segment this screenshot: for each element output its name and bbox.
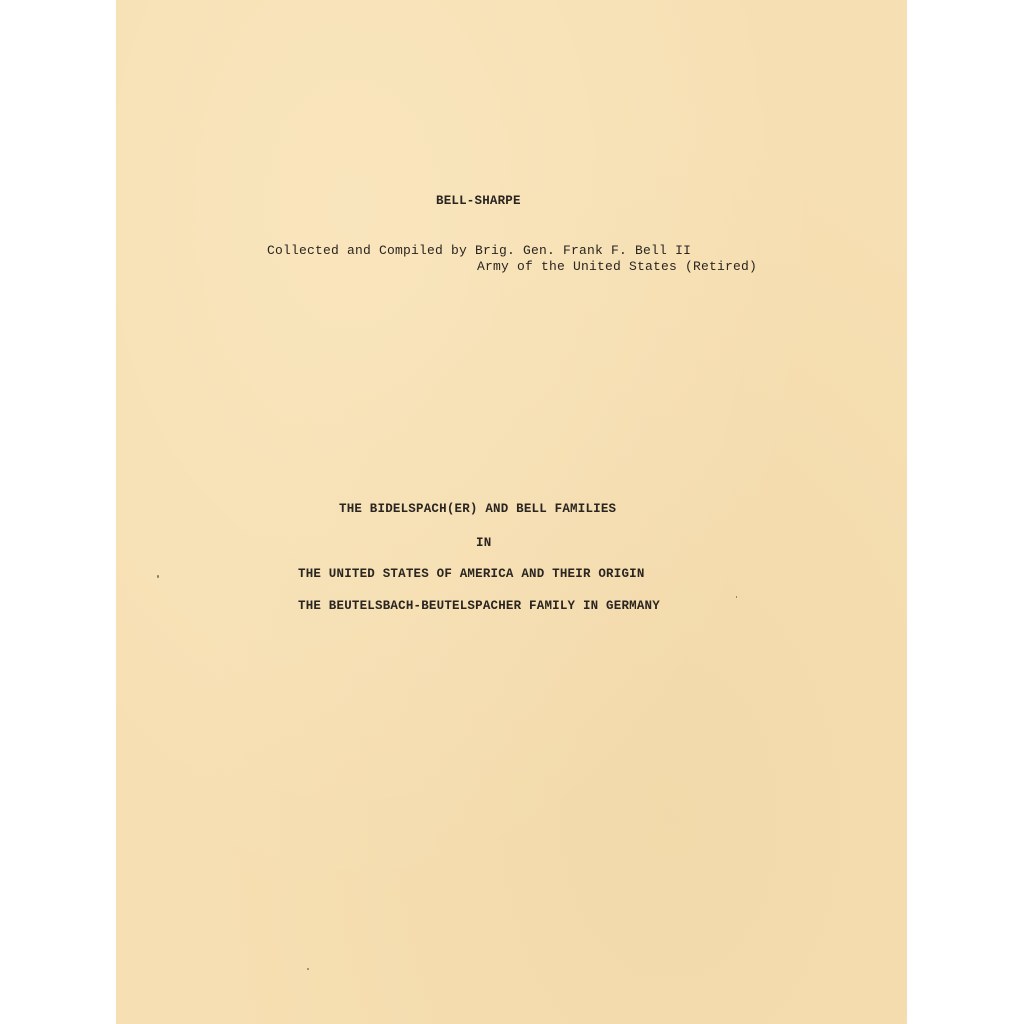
compiled-by-line: Collected and Compiled by Brig. Gen. Fra… <box>267 243 691 258</box>
paper-speck <box>736 596 737 598</box>
heading-line-4: THE BEUTELSBACH-BEUTELSPACHER FAMILY IN … <box>298 599 660 613</box>
paper-speck <box>307 968 309 970</box>
heading-line-3: THE UNITED STATES OF AMERICA AND THEIR O… <box>298 567 645 581</box>
heading-line-1: THE BIDELSPACH(ER) AND BELL FAMILIES <box>339 502 616 516</box>
document-title: BELL-SHARPE <box>436 194 521 208</box>
heading-line-2: IN <box>476 536 491 550</box>
paper-speck <box>157 575 159 578</box>
typewritten-page: BELL-SHARPE Collected and Compiled by Br… <box>116 0 907 1024</box>
affiliation-line: Army of the United States (Retired) <box>477 259 757 274</box>
